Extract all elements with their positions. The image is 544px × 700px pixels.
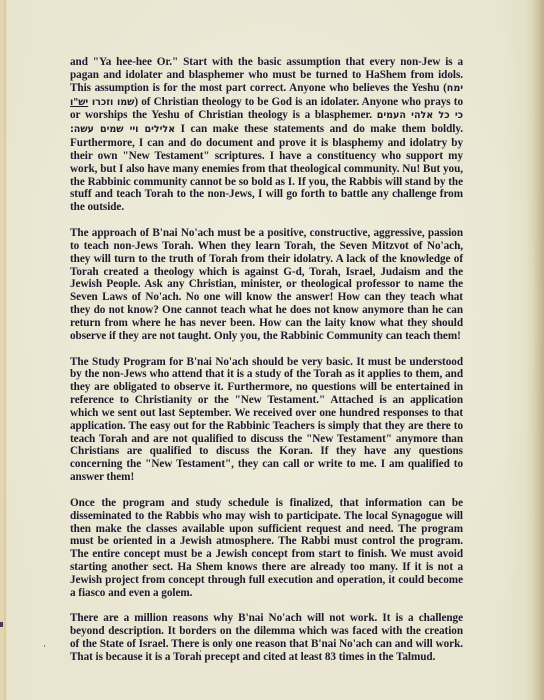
scan-speck	[442, 642, 443, 644]
paragraph-5: There are a million reasons why B'nai No…	[70, 612, 463, 663]
paragraph-1-text-a: and "Ya hee-hee Or." Start with the basi…	[70, 56, 463, 94]
paragraph-3: The Study Program for B'nai No'ach shoul…	[70, 356, 463, 484]
hebrew-underlined-abbreviation: יש"ו	[70, 97, 88, 108]
paragraph-1: and "Ya hee-hee Or." Start with the basi…	[70, 56, 463, 214]
scan-speck	[200, 650, 201, 652]
paragraph-4: Once the program and study schedule is f…	[70, 497, 463, 600]
scanned-page: and "Ya hee-hee Or." Start with the basi…	[0, 0, 544, 700]
paragraph-2: The approach of B'nai No'ach must be a p…	[70, 227, 463, 343]
document-body: and "Ya hee-hee Or." Start with the basi…	[70, 56, 463, 677]
paragraph-1-text-c: I can make these statements and do make …	[70, 123, 463, 213]
scan-speck	[44, 645, 45, 647]
scan-mark	[0, 622, 3, 627]
